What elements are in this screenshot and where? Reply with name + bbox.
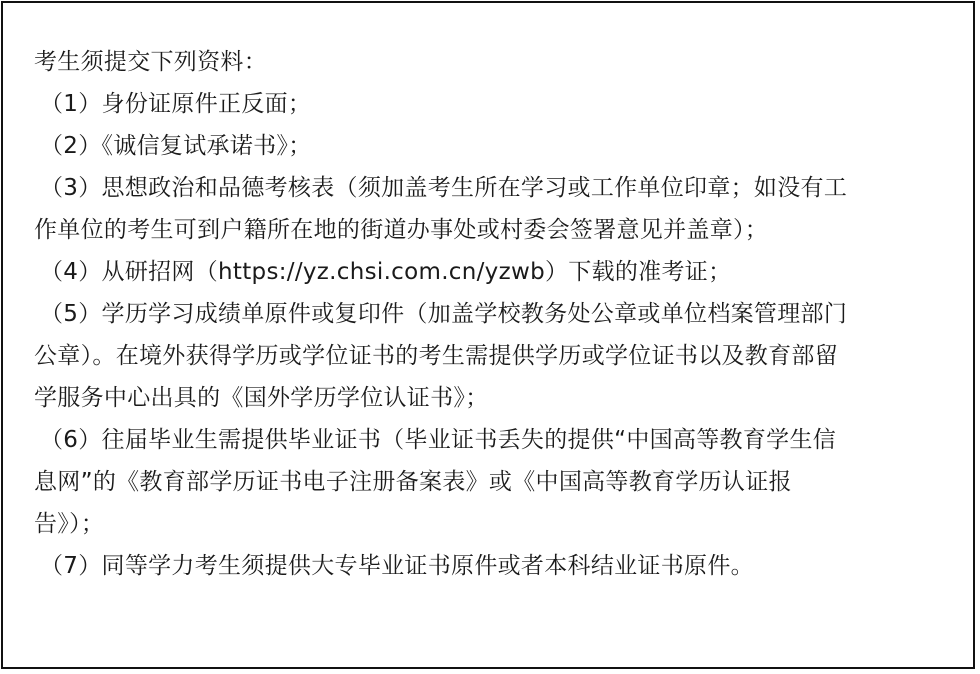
item-6-line-2: 息网”的《教育部学历证书电子注册备案表》或《中国高等教育学历认证报 <box>34 461 954 503</box>
requirements-text: 考生须提交下列资料： （1）身份证原件正反面； （2）《诚信复试承诺书》； （3… <box>34 41 954 587</box>
item-5-line-2: 公章）。在境外获得学历或学位证书的考生需提供学历或学位证书以及教育部留 <box>34 335 954 377</box>
item-6-line-3: 告》）； <box>34 503 954 545</box>
item-3-line-1: （3）思想政治和品德考核表（须加盖考生所在学习或工作单位印章；如没有工 <box>34 167 954 209</box>
item-2-line: （2）《诚信复试承诺书》； <box>34 125 954 167</box>
item-5-line-3: 学服务中心出具的《国外学历学位认证书》； <box>34 377 954 419</box>
document-frame: 考生须提交下列资料： （1）身份证原件正反面； （2）《诚信复试承诺书》； （3… <box>1 1 975 669</box>
item-1-line: （1）身份证原件正反面； <box>34 83 954 125</box>
item-6-line-1: （6）往届毕业生需提供毕业证书（毕业证书丢失的提供“中国高等教育学生信 <box>34 419 954 461</box>
item-7-line: （7）同等学力考生须提供大专毕业证书原件或者本科结业证书原件。 <box>34 545 954 587</box>
heading: 考生须提交下列资料： <box>34 41 954 83</box>
item-5-line-1: （5）学历学习成绩单原件或复印件（加盖学校教务处公章或单位档案管理部门 <box>34 293 954 335</box>
item-3-line-2: 作单位的考生可到户籍所在地的街道办事处或村委会签署意见并盖章）； <box>34 209 954 251</box>
item-4-line: （4）从研招网（https://yz.chsi.com.cn/yzwb）下载的准… <box>34 251 954 293</box>
